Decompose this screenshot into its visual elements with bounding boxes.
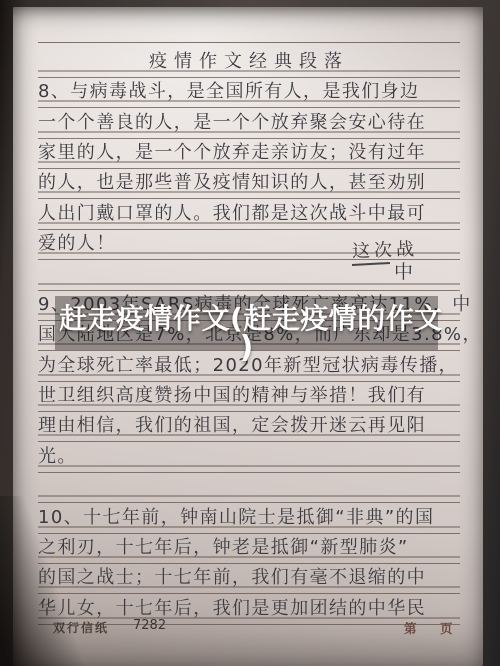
handwritten-line: 人出门戴口罩的人。我们都是这次战斗中最可 (38, 203, 460, 233)
page-number-prefix: 第 (404, 619, 417, 637)
handwritten-line: 理由相信，我们的祖国，定会拨开迷云再见阳 (38, 415, 460, 445)
handwritten-line: 之利刃，十七年后，钟老是抵御“新型肺炎” (38, 537, 460, 567)
handwritten-line-empty (38, 476, 460, 506)
handwritten-line: 的国之战士；十七年前，我们有毫不退缩的中 (38, 567, 460, 597)
handwritten-line: 世卫组织高度赞扬中国的精神与举措！我们有 (38, 385, 460, 415)
handwritten-line: 一个个善良的人，是一个个放弃聚会安心待在 (38, 112, 460, 142)
photo-corner-shadow (0, 496, 95, 666)
handwritten-line: 光。 (38, 446, 460, 476)
margin-correction-char: 中 (394, 257, 413, 284)
photo-of-handwritten-essay: 疫情作文经典段落 8、与病毒战斗，是全国所有人，是我们身边 一个个善良的人，是一… (0, 0, 500, 666)
page-number-suffix: 页 (440, 619, 453, 637)
handwritten-line: 8、与病毒战斗，是全国所有人，是我们身边 (38, 81, 460, 111)
handwritten-line: 家里的人，是一个个放弃走亲访友；没有过年 (38, 142, 460, 172)
paper-code: 7282 (133, 618, 166, 633)
handwritten-line: 的人，也是那些普及疫情知识的人，甚至劝别 (38, 172, 460, 202)
handwritten-line: 10、十七年前，钟南山院士是抵御“非典”的国 (38, 507, 460, 537)
essay-title: 疫情作文经典段落 (38, 51, 460, 81)
caption-title-line2: ) (55, 330, 438, 365)
